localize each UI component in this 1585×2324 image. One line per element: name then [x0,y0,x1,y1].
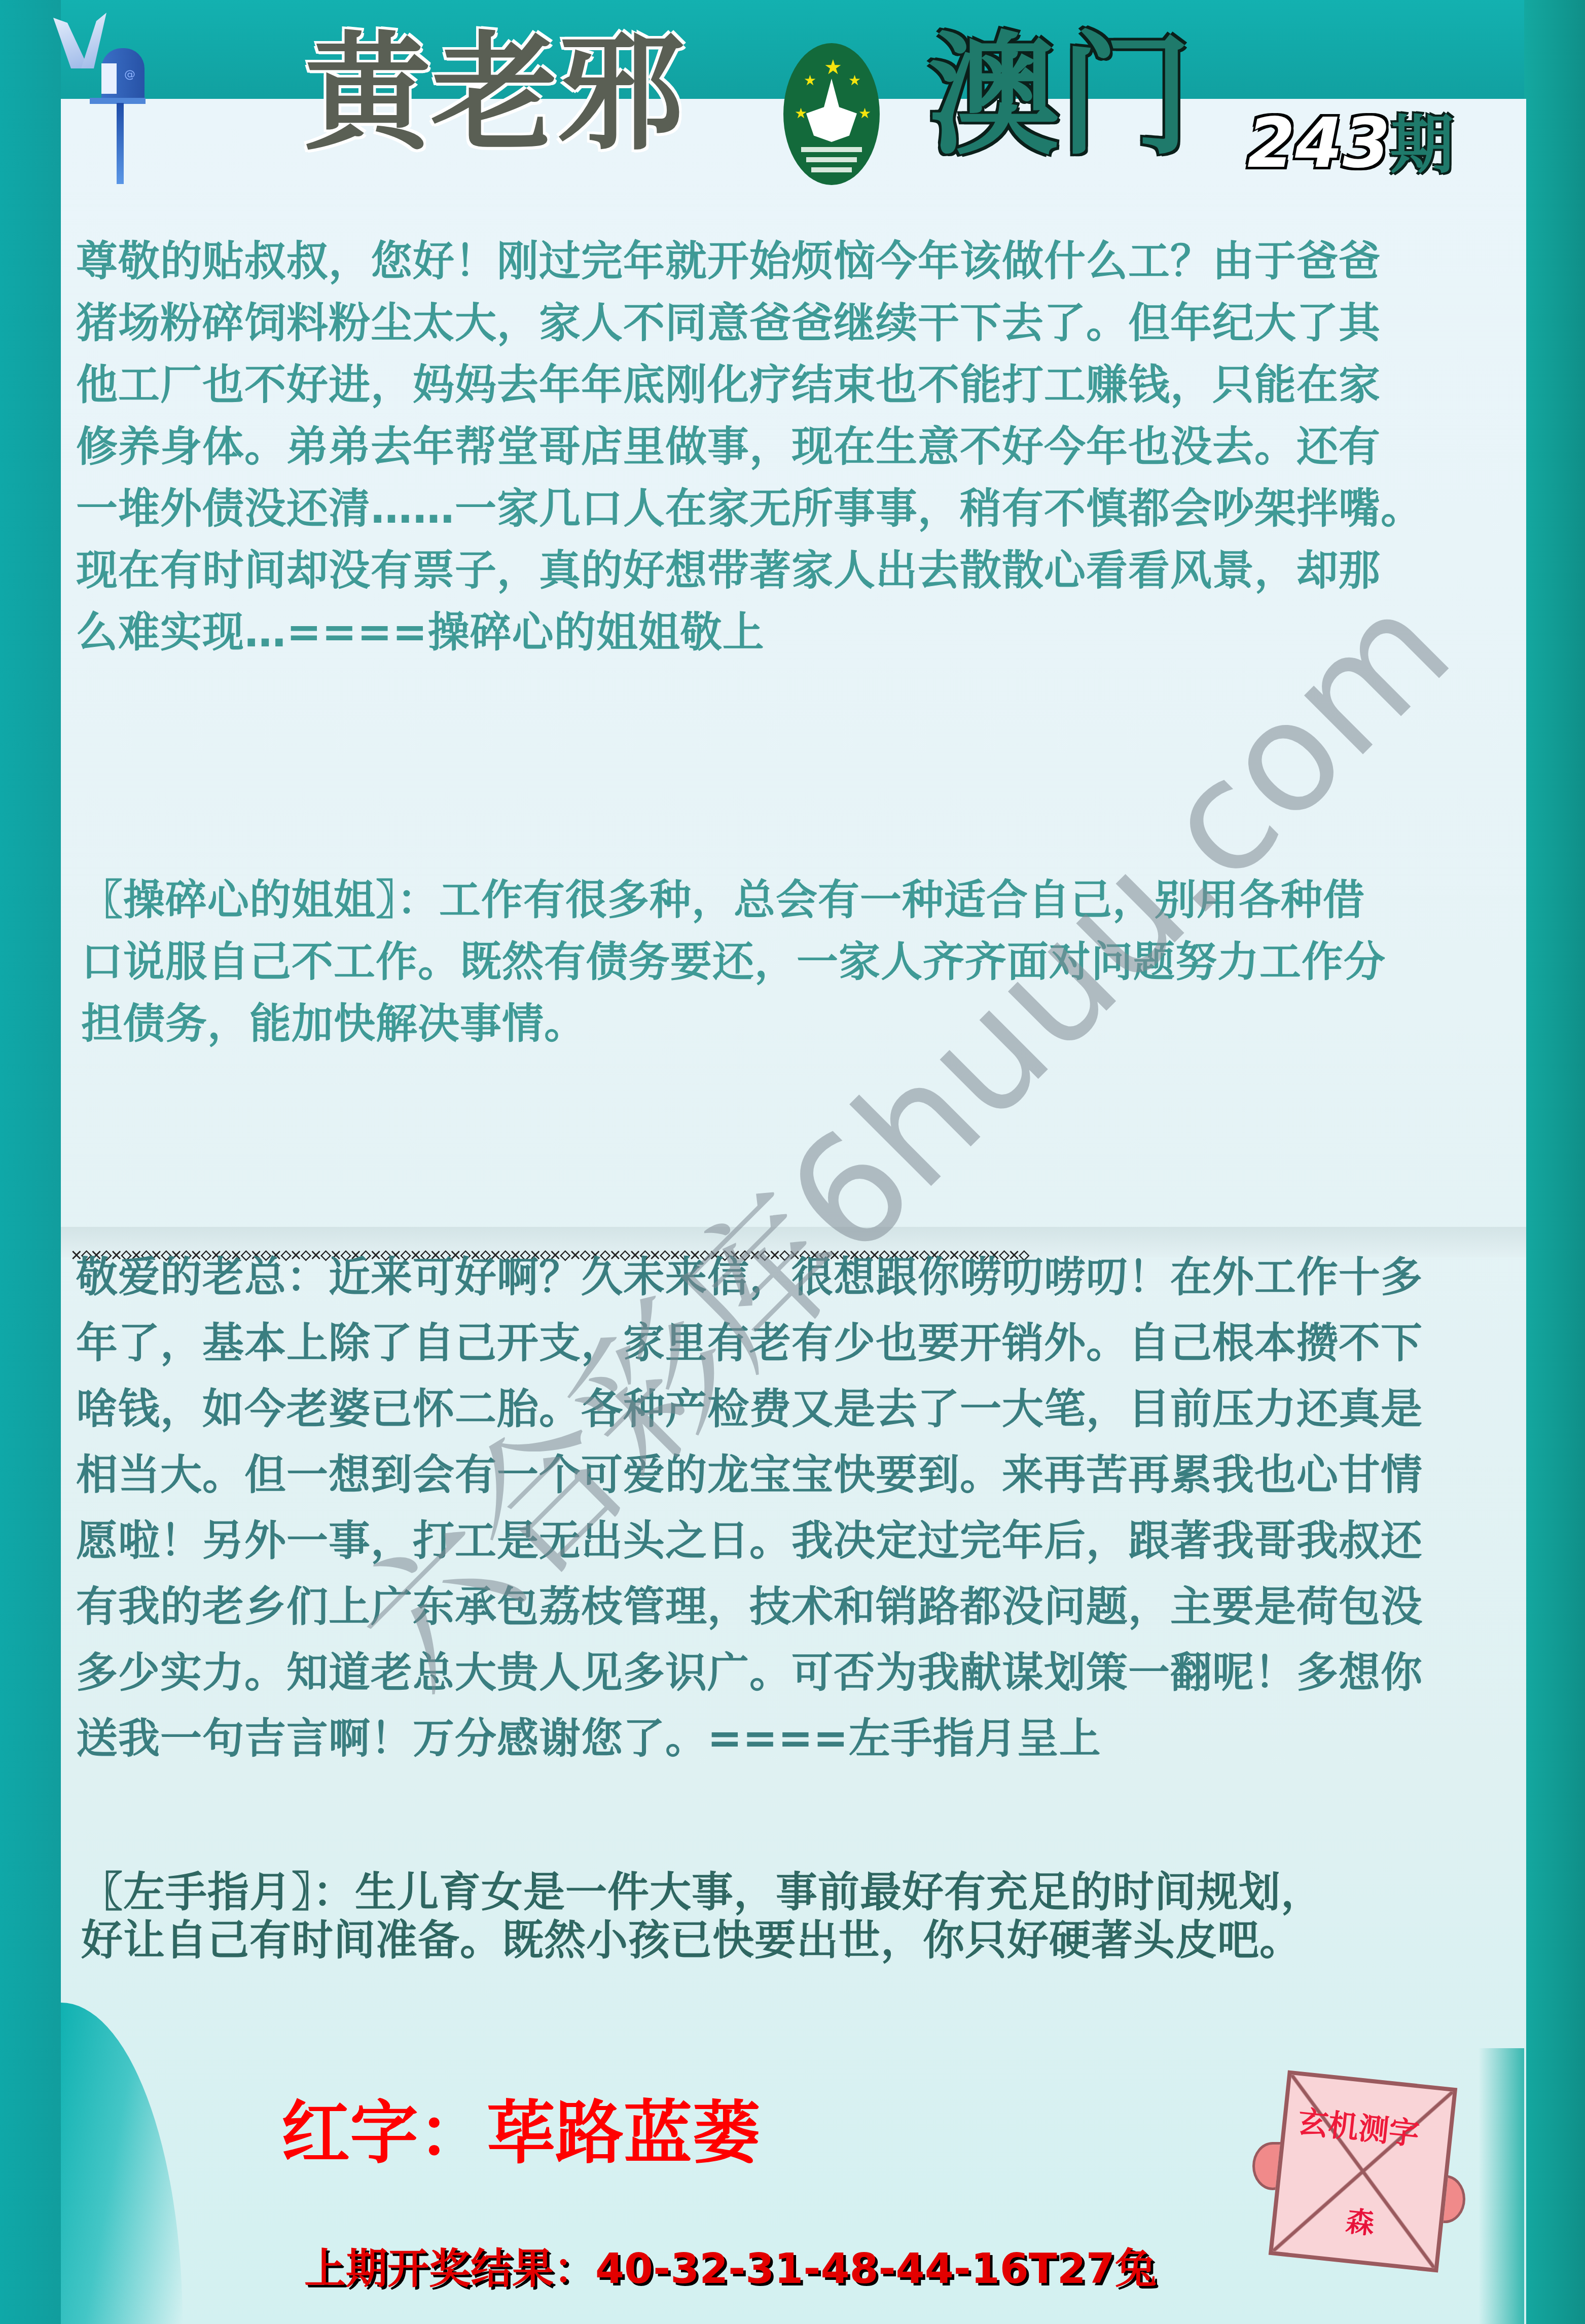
letter-line: 一堆外债没还清……一家几口人在家无所事事，稍有不慎都会吵架拌嘴。 [76,478,1511,540]
issue-suffix: 期 [1390,108,1454,182]
letter-line: 送我一句吉言啊！万分感谢您了。====左手指月呈上 [76,1706,1511,1772]
reply-line: 〖操碎心的姐姐〗：工作有很多种，总会有一种适合自己，别用各种借 [81,869,1516,931]
letter-line: 愿啦！另外一事，打工是无出头之日。我决定过完年后，跟著我哥我叔还 [76,1508,1511,1574]
reply-line: 好让自己有时间准备。既然小孩已快要出世，你只好硬著头皮吧。 [81,1916,1516,1965]
envelope-seal: 森 [1344,2199,1377,2242]
mailbox-post [117,103,124,184]
letter-line: 么难实现…====操碎心的姐姐敬上 [76,602,1511,664]
letter-line: 啥钱，如今老婆已怀二胎。各种产检费又是去了一大笔，目前压力还真是 [76,1376,1511,1442]
letter-line: 相当大。但一想到会有一个可爱的龙宝宝快要到。来再苦再累我也心甘情 [76,1442,1511,1508]
letter-2: 敬爱的老总：近来可好啊？久未来信，很想跟你唠叨唠叨！在外工作十多 年了，基本上除… [76,1245,1511,1772]
issue-label: 243期 [1247,109,1454,177]
star-icon: ★ [795,106,807,121]
star-icon: ★ [804,74,816,88]
mailbox-icon: @ [53,13,205,175]
star-icon: ★ [824,57,842,78]
wing-left-icon [53,18,89,68]
mailbox-letter [101,63,117,94]
envelope-icon: 玄机测字 森 [1252,2074,1465,2276]
macau-emblem-icon: ★ ★ ★ ★ ★ [783,43,880,185]
issue-number: 243 [1247,103,1390,183]
letter-line: 有我的老乡们上广东承包荔枝管理，技术和销路都没问题，主要是荷包没 [76,1574,1511,1640]
letter-line: 多少实力。知道老总大贵人见多识广。可否为我献谋划策一翻呢！多想你 [76,1640,1511,1706]
title-left: 黄老邪 [304,30,685,157]
star-icon: ★ [858,106,871,121]
bridge-bar [801,147,862,152]
result-label: 上期开奖结果： [304,2245,595,2293]
water-bar [806,157,857,162]
title-right: 澳门 [928,30,1192,162]
envelope-body [1269,2070,1457,2272]
reply-1: 〖操碎心的姐姐〗：工作有很多种，总会有一种适合自己，别用各种借 口说服自己不工作… [81,869,1516,1055]
reply-2: 〖左手指月〗：生儿育女是一件大事，事前最好有充足的时间规划， 好让自己有时间准备… [81,1868,1516,1965]
letter-line: 敬爱的老总：近来可好啊？久未来信，很想跟你唠叨唠叨！在外工作十多 [76,1245,1511,1311]
letter-1: 尊敬的贴叔叔，您好！刚过完年就开始烦恼今年该做什么工？由于爸爸 猪场粉碎饲料粉尘… [76,231,1511,664]
star-icon: ★ [848,74,861,88]
frame-left [0,0,61,2324]
reply-line: 〖左手指月〗：生儿育女是一件大事，事前最好有充足的时间规划， [81,1868,1516,1916]
letter-line: 尊敬的贴叔叔，您好！刚过完年就开始烦恼今年该做什么工？由于爸爸 [76,231,1511,293]
letter-line: 修养身体。弟弟去年帮堂哥店里做事，现在生意不好今年也没去。还有 [76,416,1511,478]
reply-line: 担债务，能加快解决事情。 [81,993,1516,1055]
result-value: 40-32-31-48-44-16T27兔 [595,2245,1157,2293]
letter-line: 猪场粉碎饲料粉尘太大，家人不同意爸爸继续干下去了。但年纪大了其 [76,293,1511,354]
paper-corner-shade [1479,2048,1524,2324]
reply-line: 口说服自己不工作。既然有债务要还，一家人齐齐面对问题努力工作分 [81,931,1516,993]
letter-line: 年了，基本上除了自己开支，家里有老有少也要开销外。自己根本攒不下 [76,1311,1511,1376]
at-sign-icon: @ [124,68,135,81]
last-draw-result: 上期开奖结果：40-32-31-48-44-16T27兔 [304,2248,1157,2290]
red-word-hint: 红字：荜路蓝蒌 [281,2099,761,2167]
water-bar [811,167,852,172]
frame-right [1524,0,1585,2324]
letter-line: 现在有时间却没有票子，真的好想带著家人出去散散心看看风景，却那 [76,540,1511,602]
letter-line: 他工厂也不好进，妈妈去年年底刚化疗结束也不能打工赚钱，只能在家 [76,354,1511,416]
